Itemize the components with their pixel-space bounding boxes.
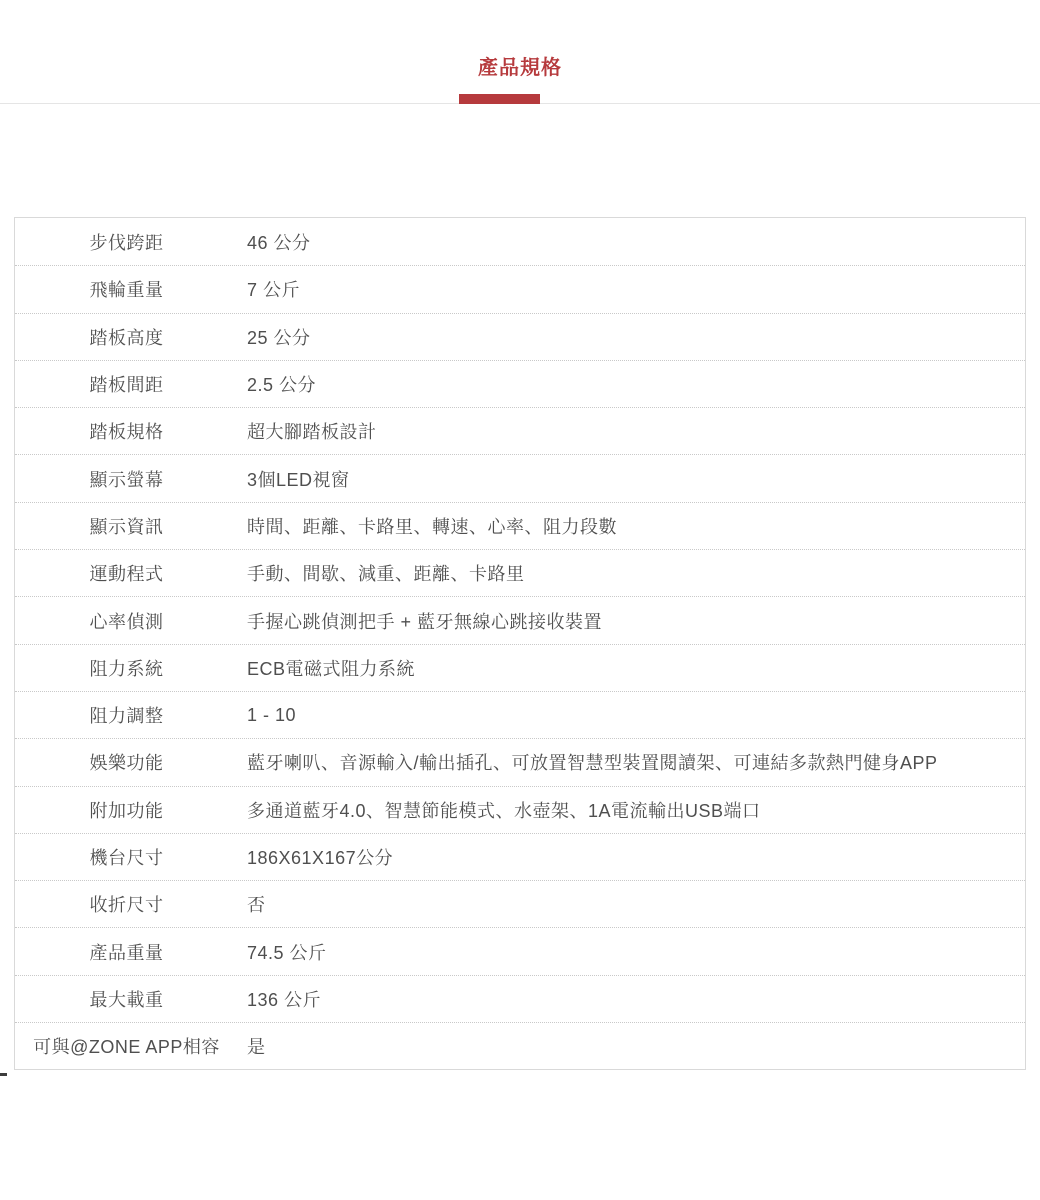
table-row: 運動程式手動、間歇、減重、距離、卡路里: [15, 549, 1025, 596]
spec-label: 踏板規格: [15, 408, 238, 454]
table-row: 可與@ZONE APP相容是: [15, 1022, 1025, 1069]
table-row: 阻力系統ECB電磁式阻力系統: [15, 644, 1025, 691]
spec-label: 最大載重: [15, 976, 238, 1022]
spec-value: 是: [238, 1023, 1025, 1069]
spec-label: 顯示資訊: [15, 503, 238, 549]
table-row: 機台尺寸186X61X167公分: [15, 833, 1025, 880]
table-row: 娛樂功能藍牙喇叭、音源輸入/輸出插孔、可放置智慧型裝置閱讀架、可連結多款熱門健身…: [15, 738, 1025, 785]
spec-label: 飛輪重量: [15, 266, 238, 312]
spec-label: 心率偵測: [15, 597, 238, 643]
spec-label: 阻力系統: [15, 645, 238, 691]
table-row: 阻力調整1 - 10: [15, 691, 1025, 738]
spec-label: 踏板間距: [15, 361, 238, 407]
table-row: 心率偵測手握心跳偵測把手 + 藍牙無線心跳接收裝置: [15, 596, 1025, 643]
spec-value: ECB電磁式阻力系統: [238, 645, 1025, 691]
table-row: 附加功能多通道藍牙4.0、智慧節能模式、水壺架、1A電流輸出USB端口: [15, 786, 1025, 833]
spec-value: 46 公分: [238, 218, 1025, 265]
section-title-tab[interactable]: 產品規格: [0, 55, 1040, 81]
spec-table: 步伐跨距46 公分飛輪重量7 公斤踏板高度25 公分踏板間距2.5 公分踏板規格…: [14, 217, 1026, 1070]
spec-label: 運動程式: [15, 550, 238, 596]
spec-value: 多通道藍牙4.0、智慧節能模式、水壺架、1A電流輸出USB端口: [238, 787, 1025, 833]
spec-value: 3個LED視窗: [238, 455, 1025, 501]
spec-value: 74.5 公斤: [238, 928, 1025, 974]
table-row: 踏板規格超大腳踏板設計: [15, 407, 1025, 454]
spec-label: 附加功能: [15, 787, 238, 833]
table-row: 步伐跨距46 公分: [15, 218, 1025, 265]
table-row: 顯示螢幕3個LED視窗: [15, 454, 1025, 501]
spec-value: 2.5 公分: [238, 361, 1025, 407]
spec-label: 顯示螢幕: [15, 455, 238, 501]
table-row: 最大載重136 公斤: [15, 975, 1025, 1022]
spec-value: 1 - 10: [238, 692, 1025, 738]
product-spec-page: 產品規格 步伐跨距46 公分飛輪重量7 公斤踏板高度25 公分踏板間距2.5 公…: [0, 0, 1040, 1200]
spec-value: 超大腳踏板設計: [238, 408, 1025, 454]
table-row: 顯示資訊時間、距離、卡路里、轉速、心率、阻力段數: [15, 502, 1025, 549]
spec-value: 手動、間歇、減重、距離、卡路里: [238, 550, 1025, 596]
table-row: 飛輪重量7 公斤: [15, 265, 1025, 312]
spec-value: 手握心跳偵測把手 + 藍牙無線心跳接收裝置: [238, 597, 1025, 643]
spec-value: 否: [238, 881, 1025, 927]
spec-label: 娛樂功能: [15, 739, 238, 785]
spec-value: 25 公分: [238, 314, 1025, 360]
spec-label: 踏板高度: [15, 314, 238, 360]
left-edge-dash: [0, 1073, 7, 1076]
spec-label: 可與@ZONE APP相容: [15, 1023, 238, 1069]
table-row: 踏板高度25 公分: [15, 313, 1025, 360]
spec-label: 阻力調整: [15, 692, 238, 738]
spec-value: 時間、距離、卡路里、轉速、心率、阻力段數: [238, 503, 1025, 549]
section-header: 產品規格: [0, 0, 1040, 104]
active-tab-indicator: [459, 94, 540, 104]
spec-value: 7 公斤: [238, 266, 1025, 312]
table-row: 收折尺寸否: [15, 880, 1025, 927]
spec-label: 產品重量: [15, 928, 238, 974]
spec-value: 136 公斤: [238, 976, 1025, 1022]
spec-value: 藍牙喇叭、音源輸入/輸出插孔、可放置智慧型裝置閱讀架、可連結多款熱門健身APP: [238, 739, 1025, 785]
spec-value: 186X61X167公分: [238, 834, 1025, 880]
spec-label: 收折尺寸: [15, 881, 238, 927]
table-row: 踏板間距2.5 公分: [15, 360, 1025, 407]
spec-label: 機台尺寸: [15, 834, 238, 880]
spec-label: 步伐跨距: [15, 218, 238, 265]
table-row: 產品重量74.5 公斤: [15, 927, 1025, 974]
